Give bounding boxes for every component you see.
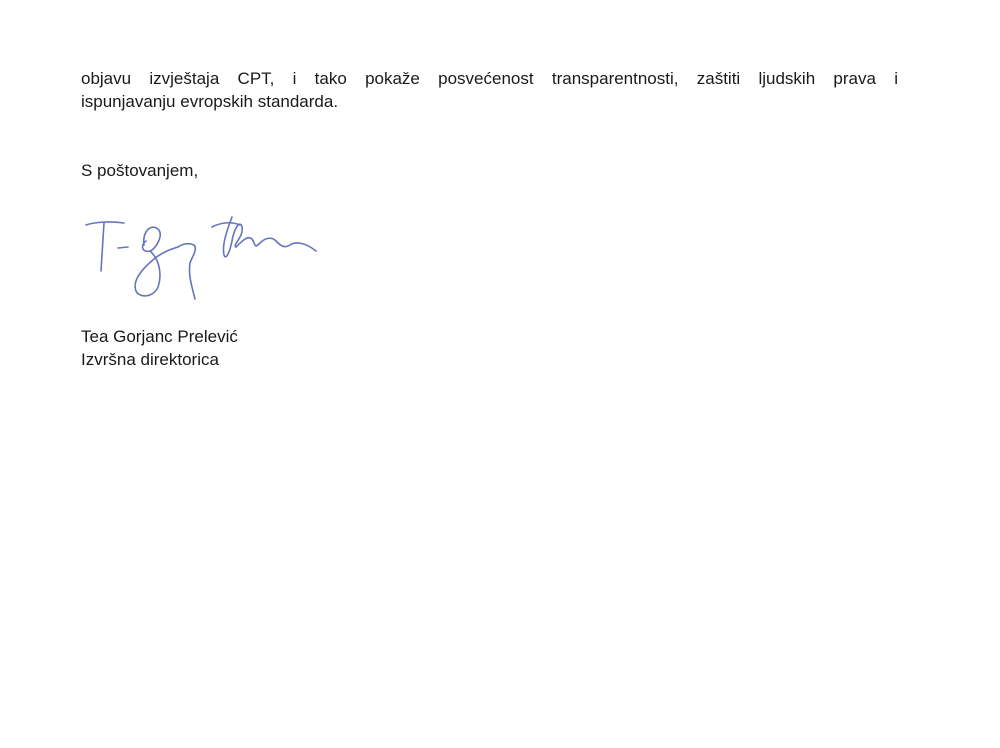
body-paragraph: objavu izvještaja CPT, i tako pokaže pos…: [81, 67, 898, 113]
document-page: objavu izvještaja CPT, i tako pokaže pos…: [0, 0, 1000, 748]
signer-block: Tea Gorjanc Prelević Izvršna direktorica: [81, 325, 238, 371]
paragraph-line: ispunjavanju evropskih standarda.: [81, 90, 898, 113]
signature-icon: [80, 205, 325, 310]
paragraph-line: objavu izvještaja CPT, i tako pokaže pos…: [81, 67, 898, 90]
signer-name: Tea Gorjanc Prelević: [81, 325, 238, 348]
signer-title: Izvršna direktorica: [81, 348, 238, 371]
closing-salutation: S poštovanjem,: [81, 159, 198, 182]
handwritten-signature: [80, 205, 325, 310]
